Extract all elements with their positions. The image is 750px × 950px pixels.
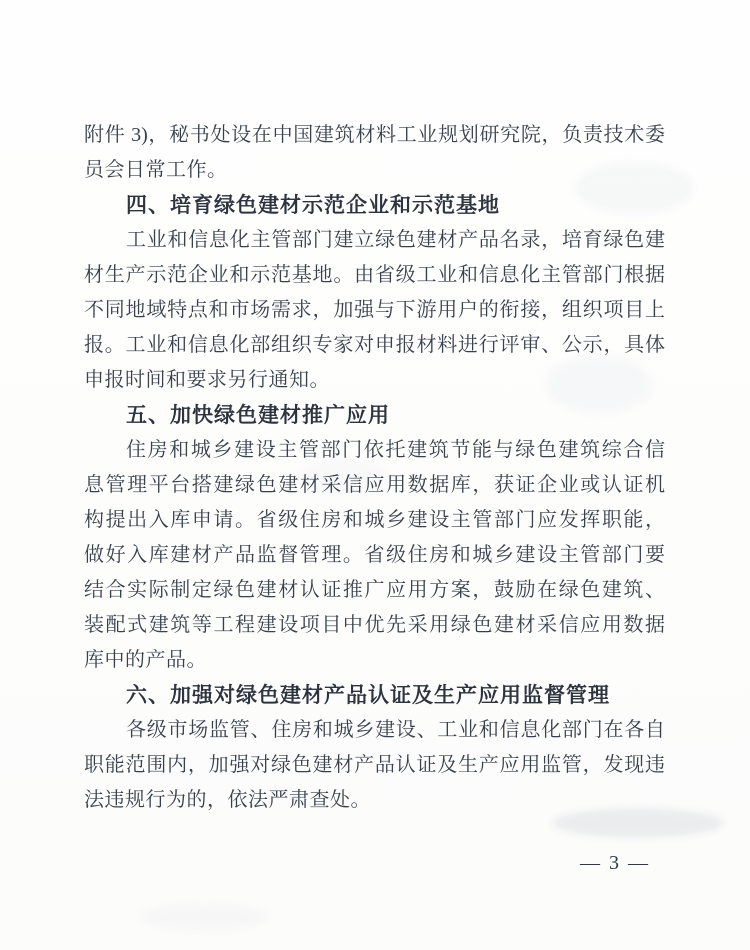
section6-line-1: 各级市场监管、住房和城乡建设、工业和信息化部门在各自 [84,713,665,748]
section4-line-5: 申报时间和要求另行通知。 [84,363,665,398]
section4-line-2: 材生产示范企业和示范基地。由省级工业和信息化主管部门根据 [84,258,665,293]
section5-line-5: 结合实际制定绿色建材认证推广应用方案，鼓励在绿色建筑、 [84,573,665,608]
section4-line-1: 工业和信息化主管部门建立绿色建材产品名录，培育绿色建 [84,223,665,258]
section5-line-2: 息管理平台搭建绿色建材采信应用数据库，获证企业或认证机 [84,468,665,503]
page-number: — 3 — [553,849,677,877]
section4-line-3: 不同地域特点和市场需求，加强与下游用户的衔接，组织项目上 [84,293,665,328]
section5-line-7: 库中的产品。 [84,643,665,678]
scan-artifact [140,903,270,931]
document-text-block: 附件 3)，秘书处设在中国建筑材料工业规划研究院，负责技术委 员会日常工作。 四… [84,118,665,818]
para-intro-line-2: 员会日常工作。 [84,153,665,188]
document-page: 附件 3)，秘书处设在中国建筑材料工业规划研究院，负责技术委 员会日常工作。 四… [0,0,750,950]
section5-line-6: 装配式建筑等工程建设项目中优先采用绿色建材采信应用数据 [84,608,665,643]
section5-line-3: 构提出入库申请。省级住房和城乡建设主管部门应发挥职能， [84,503,665,538]
section4-heading: 四、培育绿色建材示范企业和示范基地 [84,188,665,223]
section5-line-4: 做好入库建材产品监督管理。省级住房和城乡建设主管部门要 [84,538,665,573]
para-intro-line-1: 附件 3)，秘书处设在中国建筑材料工业规划研究院，负责技术委 [84,118,665,153]
section6-heading: 六、加强对绿色建材产品认证及生产应用监督管理 [84,678,665,713]
section4-line-4: 报。工业和信息化部组织专家对申报材料进行评审、公示，具体 [84,328,665,363]
section5-heading: 五、加快绿色建材推广应用 [84,398,665,433]
section6-line-3: 法违规行为的，依法严肃查处。 [84,783,665,818]
section6-line-2: 职能范围内，加强对绿色建材产品认证及生产应用监管，发现违 [84,748,665,783]
section5-line-1: 住房和城乡建设主管部门依托建筑节能与绿色建筑综合信 [84,433,665,468]
